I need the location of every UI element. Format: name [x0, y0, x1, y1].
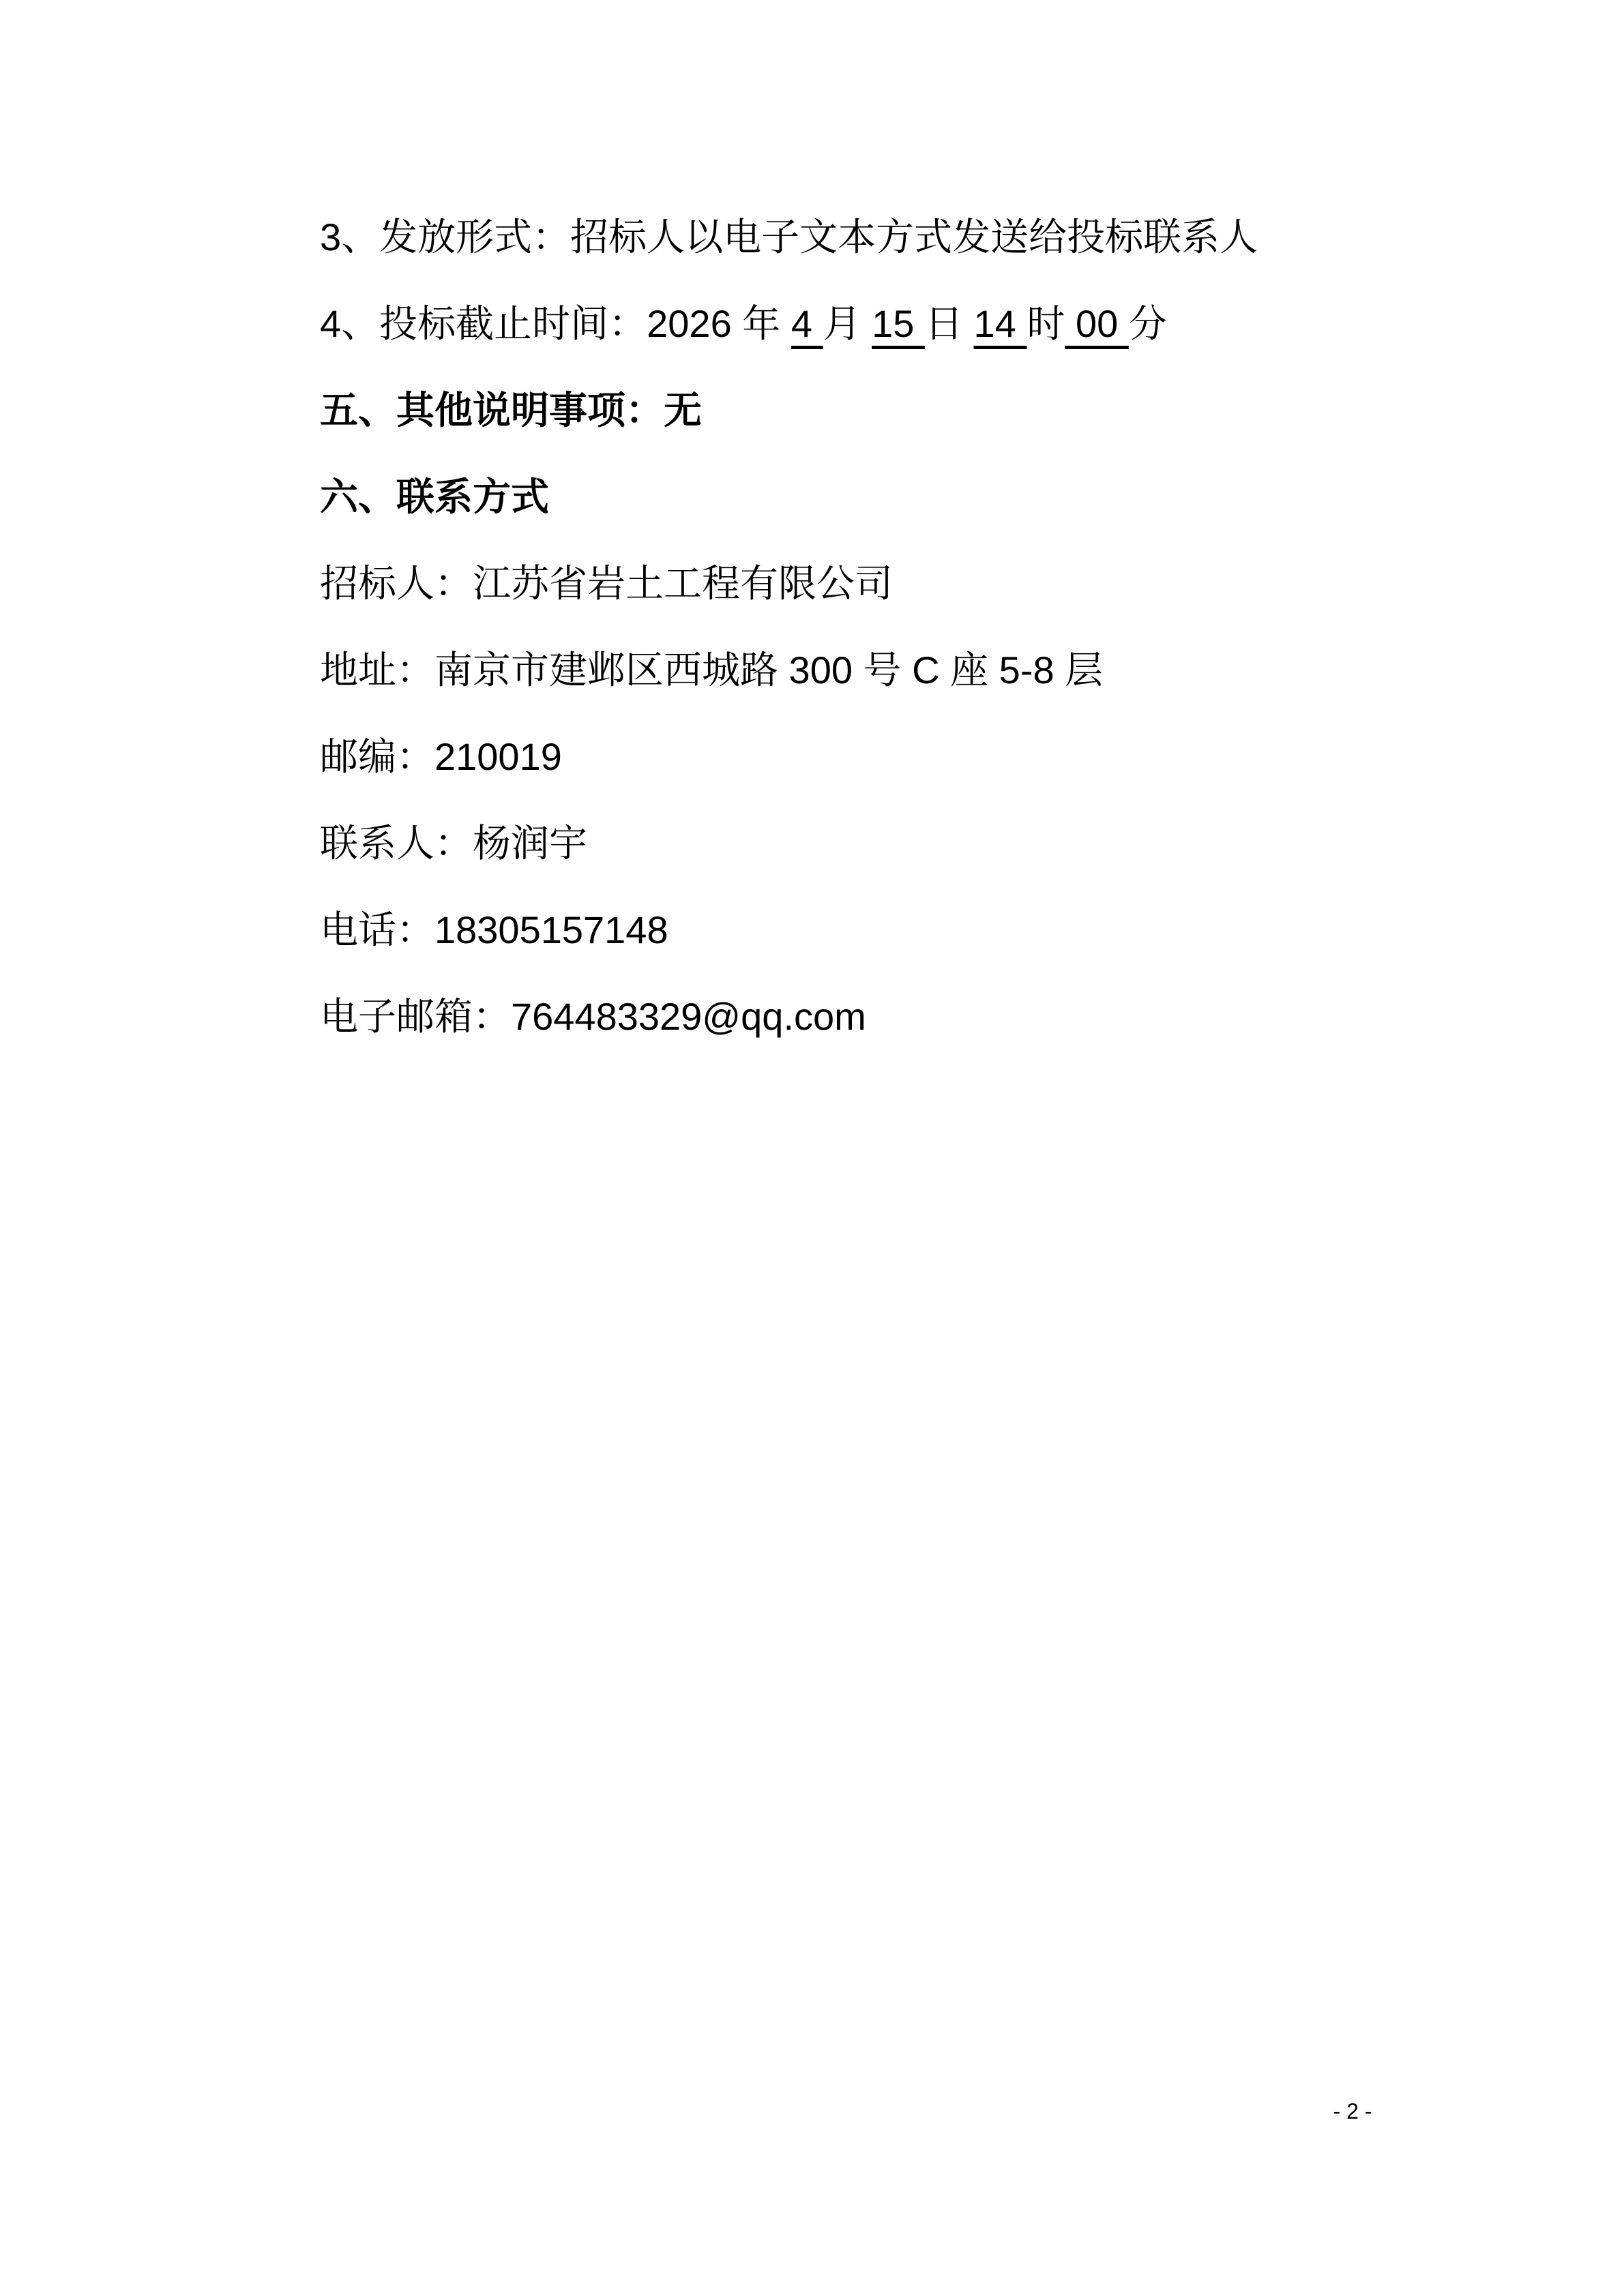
text-segment: 时	[1027, 302, 1065, 345]
text-segment: 月	[823, 302, 872, 345]
underlined-segment: 00	[1065, 302, 1128, 345]
paragraph-contact-section-heading: 六、联系方式	[320, 453, 1561, 540]
paragraph-postal-code: 邮编：210019	[320, 713, 1561, 800]
paragraph-tenderer: 招标人：江苏省岩土工程有限公司	[320, 540, 1561, 627]
document-page: 3、发放形式：招标人以电子文本方式发送给投标联系人4、投标截止时间：2026 年…	[0, 0, 1624, 2296]
text-segment: 4、投标截止时间：2026 年	[320, 302, 791, 345]
paragraph-distribution-method: 3、发放形式：招标人以电子文本方式发送给投标联系人	[320, 194, 1561, 280]
underlined-segment: 15	[872, 302, 925, 345]
paragraph-bid-deadline: 4、投标截止时间：2026 年 4 月 15 日 14 时 00 分	[320, 280, 1561, 367]
page-footer: - 2 -	[0, 2093, 1624, 2134]
paragraph-phone: 电话：18305157148	[320, 886, 1561, 973]
document-body: 3、发放形式：招标人以电子文本方式发送给投标联系人4、投标截止时间：2026 年…	[320, 194, 1561, 1060]
paragraph-address: 地址：南京市建邺区西城路 300 号 C 座 5-8 层	[320, 627, 1561, 713]
text-segment: 分	[1129, 302, 1167, 345]
paragraph-other-notes: 五、其他说明事项：无	[320, 367, 1561, 453]
underlined-segment: 4	[791, 302, 823, 345]
text-segment: 日	[925, 302, 974, 345]
page-number: - 2 -	[1333, 2093, 1372, 2129]
paragraph-email: 电子邮箱：764483329@qq.com	[320, 973, 1561, 1060]
paragraph-contact-person: 联系人：杨润宇	[320, 800, 1561, 886]
underlined-segment: 14	[974, 302, 1027, 345]
